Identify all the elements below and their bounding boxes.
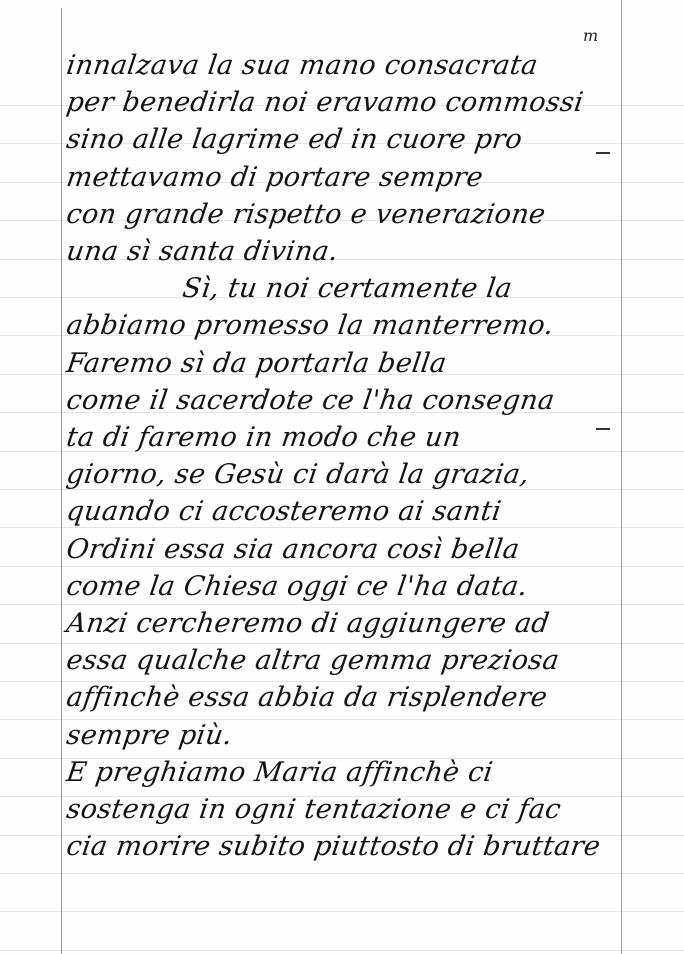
handwritten-line: sostenga in ogni tentazione e ci fac <box>64 791 649 829</box>
margin-mark <box>596 428 610 430</box>
handwritten-line: abbiamo promesso la manterremo. <box>64 307 649 345</box>
handwritten-line: mettavamo di portare sempre <box>64 159 649 197</box>
handwritten-line: innalzava la sua mano consacrata <box>64 47 649 85</box>
handwritten-line: come la Chiesa oggi ce l'ha data. <box>64 568 649 606</box>
inserted-letter-m: m <box>583 26 598 45</box>
ruled-line <box>0 911 684 912</box>
handwritten-line: Anzi cercheremo di aggiungere ad <box>64 605 649 643</box>
handwritten-line: per benedirla noi eravamo commossi <box>64 84 649 122</box>
handwritten-line: sino alle lagrime ed in cuore pro <box>64 121 649 159</box>
left-margin-line <box>61 8 62 954</box>
handwritten-line: Faremo sì da portarla bella <box>64 345 649 383</box>
handwritten-line: affinchè essa abbia da risplendere <box>64 679 649 717</box>
handwritten-line: una sì santa divina. <box>64 233 649 271</box>
handwritten-line: giorno, se Gesù ci darà la grazia, <box>64 456 649 494</box>
manuscript-page: innalzava la sua mano consacrataper bene… <box>0 0 684 954</box>
handwritten-line: Sì, tu noi certamente la <box>180 270 684 308</box>
handwritten-line: E preghiamo Maria affinchè ci <box>64 754 649 792</box>
handwritten-line: essa qualche altra gemma preziosa <box>64 642 649 680</box>
handwritten-line: come il sacerdote ce l'ha consegna <box>64 382 649 420</box>
ruled-line <box>0 950 684 951</box>
handwritten-line: con grande rispetto e venerazione <box>64 196 649 234</box>
ruled-line <box>0 873 684 874</box>
handwritten-line: quando ci accosteremo ai santi <box>64 493 649 531</box>
margin-mark <box>596 152 610 154</box>
handwritten-line: cia morire subito piuttosto di bruttare <box>64 828 649 866</box>
handwritten-line: sempre più. <box>64 717 649 755</box>
handwritten-line: Ordini essa sia ancora così bella <box>64 531 649 569</box>
handwritten-line: ta di faremo in modo che un <box>64 419 649 457</box>
